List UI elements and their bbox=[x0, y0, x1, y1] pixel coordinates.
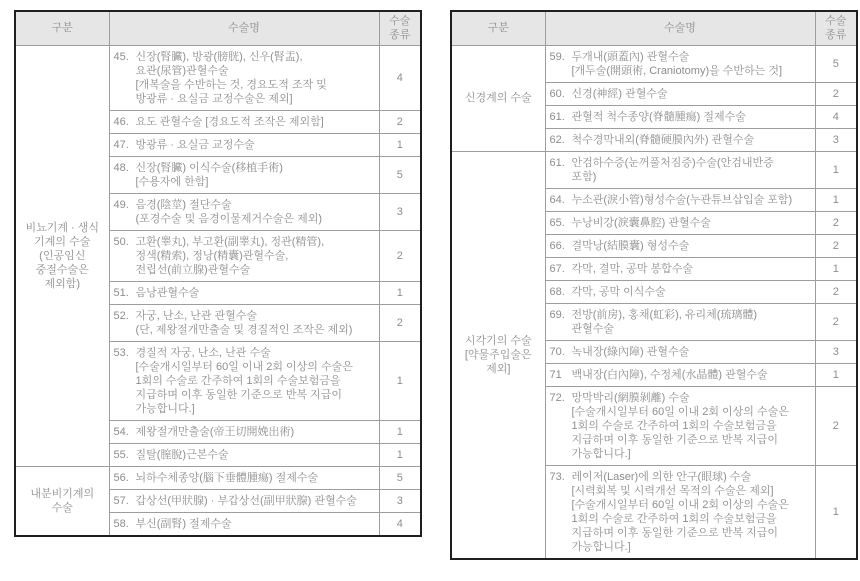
column-header-name: 수술명 bbox=[109, 11, 379, 45]
surgery-row: 시각기의 수술 [약물주입술은 제외]61.안검하수증(눈꺼풀처짐증)수술(안검… bbox=[451, 151, 857, 188]
surgery-types-count: 1 bbox=[815, 188, 857, 211]
surgery-name-layout: 45.신장(腎臟), 방광(膀胱), 신우(腎盂), 요관(尿管)관혈수술 [개… bbox=[114, 50, 376, 106]
surgery-name: 음낭관혈수술 bbox=[136, 286, 376, 300]
surgery-name: 질탈(膣脫)근본수술 bbox=[136, 448, 376, 462]
surgery-name-layout: 72.망막박리(網膜剝離) 수술 [수술개시일부터 60일 이내 2회 이상의 … bbox=[550, 391, 812, 461]
surgery-name: 전방(前房), 홍채(虹彩), 유리체(琉璃體) 관혈수술 bbox=[572, 308, 812, 336]
surgery-name-layout: 55.질탈(膣脫)근본수술 bbox=[114, 448, 376, 462]
surgery-name-cell: 55.질탈(膣脫)근본수술 bbox=[109, 443, 379, 466]
surgery-types-count: 2 bbox=[815, 303, 857, 340]
surgery-name-layout: 50.고환(睾丸), 부고환(副睾丸), 정관(精管), 정색(精索), 정낭(… bbox=[114, 235, 376, 277]
surgery-name-cell: 45.신장(腎臟), 방광(膀胱), 신우(腎盂), 요관(尿管)관혈수술 [개… bbox=[109, 45, 379, 110]
surgery-types-count: 1 bbox=[815, 257, 857, 280]
surgery-name: 레이저(Laser)에 의한 안구(眼球) 수술 [시력회복 및 시력개선 목적… bbox=[572, 470, 812, 554]
surgery-number: 55. bbox=[114, 448, 136, 462]
surgery-name-layout: 66.결막낭(結膜囊) 형성수술 bbox=[550, 239, 812, 253]
surgery-types-count: 5 bbox=[379, 466, 421, 489]
surgery-name-layout: 65.누낭비강(淚囊鼻腔) 관혈수술 bbox=[550, 216, 812, 230]
surgery-name: 요도 관혈수술 [경요도적 조작은 제외함] bbox=[136, 115, 376, 129]
surgery-types-count: 1 bbox=[379, 281, 421, 304]
surgery-name: 제왕절개만출술(帝王切開娩出術) bbox=[136, 425, 376, 439]
surgery-name-cell: 60.신경(神經) 관혈수술 bbox=[545, 82, 815, 105]
surgery-name: 각막, 결막, 공막 봉합수술 bbox=[572, 262, 812, 276]
surgery-number: 52. bbox=[114, 309, 136, 323]
surgery-types-count: 3 bbox=[379, 489, 421, 512]
surgery-name-layout: 58.부신(副腎) 절제수술 bbox=[114, 517, 376, 531]
surgery-types-count: 1 bbox=[379, 133, 421, 156]
surgery-name-cell: 53.경질적 자궁, 난소, 난관 수술 [수술개시일부터 60일 이내 2회 … bbox=[109, 341, 379, 420]
surgery-name-cell: 72.망막박리(網膜剝離) 수술 [수술개시일부터 60일 이내 2회 이상의 … bbox=[545, 386, 815, 465]
surgery-name: 관혈적 척수종양(脊髓腫瘍) 절제수술 bbox=[572, 110, 812, 124]
surgery-name-layout: 48.신장(腎臟) 이식수술(移植手術) [수용자에 한함] bbox=[114, 161, 376, 189]
surgery-types-count: 3 bbox=[815, 128, 857, 151]
surgery-name: 백내장(白內障), 수정체(水晶體) 관혈수술 bbox=[572, 368, 812, 382]
surgery-name: 신경(神經) 관혈수술 bbox=[572, 87, 812, 101]
surgery-name-cell: 69.전방(前房), 홍채(虹彩), 유리체(琉璃體) 관혈수술 bbox=[545, 303, 815, 340]
surgery-number: 51. bbox=[114, 286, 136, 300]
column-header-name: 수술명 bbox=[545, 11, 815, 45]
surgery-number: 48. bbox=[114, 161, 136, 175]
surgery-name-cell: 73.레이저(Laser)에 의한 안구(眼球) 수술 [시력회복 및 시력개선… bbox=[545, 465, 815, 559]
surgery-name-cell: 58.부신(副腎) 절제수술 bbox=[109, 512, 379, 536]
surgery-number: 58. bbox=[114, 517, 136, 531]
surgery-number: 57. bbox=[114, 494, 136, 508]
surgery-name-layout: 49.음경(陰莖) 절단수술 (포경수술 및 음경이물제거수술은 제외) bbox=[114, 198, 376, 226]
surgery-name: 뇌하수체종양(腦下垂體腫瘍) 절제수술 bbox=[136, 471, 376, 485]
surgery-name-layout: 67.각막, 결막, 공막 봉합수술 bbox=[550, 262, 812, 276]
surgery-name-layout: 52.자궁, 난소, 난관 관혈수술 (단, 제왕절개만출술 및 경질적인 조작… bbox=[114, 309, 376, 337]
surgery-name-layout: 57.갑상선(甲狀腺) · 부갑상선(副甲狀腺) 관혈수술 bbox=[114, 494, 376, 508]
surgery-types-count: 3 bbox=[379, 193, 421, 230]
surgery-types-count: 1 bbox=[815, 465, 857, 559]
surgery-row: 비뇨기계 · 생식 기계의 수술 (인공임신 중절수술은 제외함)45.신장(腎… bbox=[15, 45, 421, 110]
surgery-number: 56. bbox=[114, 471, 136, 485]
surgery-name: 방광류 · 요실금 교정수술 bbox=[136, 138, 376, 152]
surgery-name-cell: 49.음경(陰莖) 절단수술 (포경수술 및 음경이물제거수술은 제외) bbox=[109, 193, 379, 230]
surgery-name-cell: 56.뇌하수체종양(腦下垂體腫瘍) 절제수술 bbox=[109, 466, 379, 489]
surgery-name: 망막박리(網膜剝離) 수술 [수술개시일부터 60일 이내 2회 이상의 수술은… bbox=[572, 391, 812, 461]
surgery-types-count: 5 bbox=[815, 45, 857, 82]
category-cell: 시각기의 수술 [약물주입술은 제외] bbox=[451, 151, 545, 559]
surgery-number: 66. bbox=[550, 239, 572, 253]
surgery-name-layout: 47.방광류 · 요실금 교정수술 bbox=[114, 138, 376, 152]
surgery-number: 71 bbox=[550, 368, 572, 382]
surgery-name-layout: 68.각막, 공막 이식수술 bbox=[550, 285, 812, 299]
surgery-table-left: 구분수술명수술 종류비뇨기계 · 생식 기계의 수술 (인공임신 중절수술은 제… bbox=[14, 10, 422, 537]
surgery-name-cell: 57.갑상선(甲狀腺) · 부갑상선(副甲狀腺) 관혈수술 bbox=[109, 489, 379, 512]
surgery-number: 72. bbox=[550, 391, 572, 405]
surgery-number: 59. bbox=[550, 50, 572, 64]
surgery-types-count: 5 bbox=[379, 156, 421, 193]
surgery-types-count: 2 bbox=[379, 230, 421, 281]
surgery-types-count: 2 bbox=[815, 82, 857, 105]
surgery-name-cell: 54.제왕절개만출술(帝王切開娩出術) bbox=[109, 420, 379, 443]
surgery-number: 61. bbox=[550, 156, 572, 170]
surgery-name-layout: 71백내장(白內障), 수정체(水晶體) 관혈수술 bbox=[550, 368, 812, 382]
surgery-types-count: 3 bbox=[815, 340, 857, 363]
surgery-name-cell: 68.각막, 공막 이식수술 bbox=[545, 280, 815, 303]
surgery-types-count: 1 bbox=[815, 363, 857, 386]
surgery-name-cell: 51.음낭관혈수술 bbox=[109, 281, 379, 304]
surgery-name-cell: 65.누낭비강(淚囊鼻腔) 관혈수술 bbox=[545, 211, 815, 234]
surgery-types-count: 4 bbox=[815, 105, 857, 128]
surgery-name: 두개내(頭蓋內) 관혈수술 [개두술(開頭術, Craniotomy)을 수반하… bbox=[572, 50, 812, 78]
category-cell: 비뇨기계 · 생식 기계의 수술 (인공임신 중절수술은 제외함) bbox=[15, 45, 109, 466]
surgery-table-left-container: 구분수술명수술 종류비뇨기계 · 생식 기계의 수술 (인공임신 중절수술은 제… bbox=[14, 10, 422, 537]
surgery-name-layout: 56.뇌하수체종양(腦下垂體腫瘍) 절제수술 bbox=[114, 471, 376, 485]
surgery-number: 65. bbox=[550, 216, 572, 230]
surgery-name: 누낭비강(淚囊鼻腔) 관혈수술 bbox=[572, 216, 812, 230]
header-row: 구분수술명수술 종류 bbox=[15, 11, 421, 45]
surgery-name-layout: 59.두개내(頭蓋內) 관혈수술 [개두술(開頭術, Craniotomy)을 … bbox=[550, 50, 812, 78]
surgery-name-cell: 46.요도 관혈수술 [경요도적 조작은 제외함] bbox=[109, 110, 379, 133]
surgery-name-cell: 59.두개내(頭蓋內) 관혈수술 [개두술(開頭術, Craniotomy)을 … bbox=[545, 45, 815, 82]
surgery-types-count: 2 bbox=[815, 234, 857, 257]
surgery-name-layout: 46.요도 관혈수술 [경요도적 조작은 제외함] bbox=[114, 115, 376, 129]
surgery-name-cell: 61.안검하수증(눈꺼풀처짐증)수술(안검내반증 포함) bbox=[545, 151, 815, 188]
surgery-name: 각막, 공막 이식수술 bbox=[572, 285, 812, 299]
surgery-number: 68. bbox=[550, 285, 572, 299]
surgery-number: 45. bbox=[114, 50, 136, 64]
surgery-types-count: 1 bbox=[379, 420, 421, 443]
surgery-types-count: 2 bbox=[815, 211, 857, 234]
surgery-types-count: 4 bbox=[379, 512, 421, 536]
surgery-name: 신장(腎臟), 방광(膀胱), 신우(腎盂), 요관(尿管)관혈수술 [개복술을… bbox=[136, 50, 376, 106]
surgery-table-right-container: 구분수술명수술 종류신경계의 수술59.두개내(頭蓋內) 관혈수술 [개두술(開… bbox=[450, 10, 858, 560]
surgery-number: 70. bbox=[550, 345, 572, 359]
surgery-number: 53. bbox=[114, 346, 136, 360]
category-cell: 내분비기계의 수술 bbox=[15, 466, 109, 536]
document-page: 구분수술명수술 종류비뇨기계 · 생식 기계의 수술 (인공임신 중절수술은 제… bbox=[0, 0, 860, 581]
surgery-name-cell: 47.방광류 · 요실금 교정수술 bbox=[109, 133, 379, 156]
surgery-name-layout: 61.관혈적 척수종양(脊髓腫瘍) 절제수술 bbox=[550, 110, 812, 124]
surgery-name: 척수경막내외(脊髓硬膜內外) 관혈수술 bbox=[572, 133, 812, 147]
surgery-name-layout: 64.누소관(淚小管)형성수술(누관튜브삽입술 포함) bbox=[550, 193, 812, 207]
surgery-number: 49. bbox=[114, 198, 136, 212]
surgery-types-count: 1 bbox=[815, 151, 857, 188]
surgery-name-layout: 70.녹내장(綠內障) 관혈수술 bbox=[550, 345, 812, 359]
surgery-number: 62. bbox=[550, 133, 572, 147]
surgery-name: 녹내장(綠內障) 관혈수술 bbox=[572, 345, 812, 359]
surgery-name-layout: 53.경질적 자궁, 난소, 난관 수술 [수술개시일부터 60일 이내 2회 … bbox=[114, 346, 376, 416]
surgery-number: 54. bbox=[114, 425, 136, 439]
surgery-number: 47. bbox=[114, 138, 136, 152]
surgery-table-right: 구분수술명수술 종류신경계의 수술59.두개내(頭蓋內) 관혈수술 [개두술(開… bbox=[450, 10, 858, 560]
surgery-number: 67. bbox=[550, 262, 572, 276]
surgery-name-cell: 48.신장(腎臟) 이식수술(移植手術) [수용자에 한함] bbox=[109, 156, 379, 193]
surgery-name-cell: 64.누소관(淚小管)형성수술(누관튜브삽입술 포함) bbox=[545, 188, 815, 211]
surgery-name: 음경(陰莖) 절단수술 (포경수술 및 음경이물제거수술은 제외) bbox=[136, 198, 376, 226]
surgery-name: 신장(腎臟) 이식수술(移植手術) [수용자에 한함] bbox=[136, 161, 376, 189]
header-row: 구분수술명수술 종류 bbox=[451, 11, 857, 45]
surgery-name-cell: 62.척수경막내외(脊髓硬膜內外) 관혈수술 bbox=[545, 128, 815, 151]
surgery-name-cell: 52.자궁, 난소, 난관 관혈수술 (단, 제왕절개만출술 및 경질적인 조작… bbox=[109, 304, 379, 341]
surgery-name-layout: 60.신경(神經) 관혈수술 bbox=[550, 87, 812, 101]
surgery-name: 경질적 자궁, 난소, 난관 수술 [수술개시일부터 60일 이내 2회 이상의… bbox=[136, 346, 376, 416]
surgery-name: 안검하수증(눈꺼풀처짐증)수술(안검내반증 포함) bbox=[572, 156, 812, 184]
surgery-number: 69. bbox=[550, 308, 572, 322]
surgery-name-cell: 66.결막낭(結膜囊) 형성수술 bbox=[545, 234, 815, 257]
surgery-name-cell: 71백내장(白內障), 수정체(水晶體) 관혈수술 bbox=[545, 363, 815, 386]
surgery-name: 부신(副腎) 절제수술 bbox=[136, 517, 376, 531]
column-header-category: 구분 bbox=[15, 11, 109, 45]
surgery-types-count: 2 bbox=[815, 280, 857, 303]
surgery-number: 64. bbox=[550, 193, 572, 207]
surgery-number: 46. bbox=[114, 115, 136, 129]
surgery-name-layout: 73.레이저(Laser)에 의한 안구(眼球) 수술 [시력회복 및 시력개선… bbox=[550, 470, 812, 554]
category-cell: 신경계의 수술 bbox=[451, 45, 545, 151]
surgery-name-layout: 69.전방(前房), 홍채(虹彩), 유리체(琉璃體) 관혈수술 bbox=[550, 308, 812, 336]
surgery-name: 누소관(淚小管)형성수술(누관튜브삽입술 포함) bbox=[572, 193, 812, 207]
surgery-number: 61. bbox=[550, 110, 572, 124]
surgery-name-cell: 50.고환(睾丸), 부고환(副睾丸), 정관(精管), 정색(精索), 정낭(… bbox=[109, 230, 379, 281]
surgery-name-layout: 51.음낭관혈수술 bbox=[114, 286, 376, 300]
surgery-number: 50. bbox=[114, 235, 136, 249]
surgery-name: 갑상선(甲狀腺) · 부갑상선(副甲狀腺) 관혈수술 bbox=[136, 494, 376, 508]
surgery-types-count: 4 bbox=[379, 45, 421, 110]
surgery-types-count: 2 bbox=[815, 386, 857, 465]
surgery-row: 신경계의 수술59.두개내(頭蓋內) 관혈수술 [개두술(開頭術, Cranio… bbox=[451, 45, 857, 82]
surgery-name-cell: 70.녹내장(綠內障) 관혈수술 bbox=[545, 340, 815, 363]
surgery-number: 60. bbox=[550, 87, 572, 101]
column-header-types: 수술 종류 bbox=[815, 11, 857, 45]
surgery-name: 결막낭(結膜囊) 형성수술 bbox=[572, 239, 812, 253]
surgery-number: 73. bbox=[550, 470, 572, 484]
surgery-types-count: 1 bbox=[379, 443, 421, 466]
surgery-name-layout: 61.안검하수증(눈꺼풀처짐증)수술(안검내반증 포함) bbox=[550, 156, 812, 184]
surgery-name: 자궁, 난소, 난관 관혈수술 (단, 제왕절개만출술 및 경질적인 조작은 제… bbox=[136, 309, 376, 337]
column-header-types: 수술 종류 bbox=[379, 11, 421, 45]
surgery-name: 고환(睾丸), 부고환(副睾丸), 정관(精管), 정색(精索), 정낭(精囊)… bbox=[136, 235, 376, 277]
surgery-name-layout: 62.척수경막내외(脊髓硬膜內外) 관혈수술 bbox=[550, 133, 812, 147]
column-header-category: 구분 bbox=[451, 11, 545, 45]
surgery-name-layout: 54.제왕절개만출술(帝王切開娩出術) bbox=[114, 425, 376, 439]
surgery-types-count: 2 bbox=[379, 110, 421, 133]
surgery-name-cell: 67.각막, 결막, 공막 봉합수술 bbox=[545, 257, 815, 280]
surgery-name-cell: 61.관혈적 척수종양(脊髓腫瘍) 절제수술 bbox=[545, 105, 815, 128]
surgery-types-count: 2 bbox=[379, 304, 421, 341]
surgery-row: 내분비기계의 수술56.뇌하수체종양(腦下垂體腫瘍) 절제수술5 bbox=[15, 466, 421, 489]
surgery-types-count: 1 bbox=[379, 341, 421, 420]
